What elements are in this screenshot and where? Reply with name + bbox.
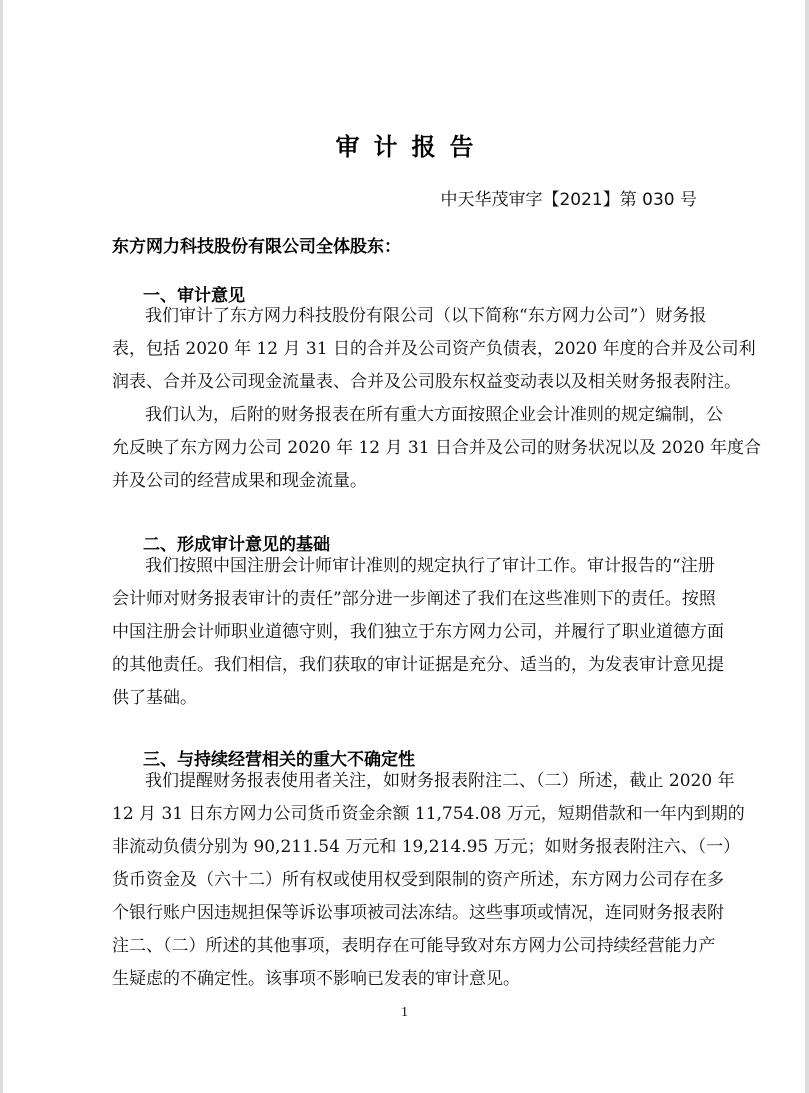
document-number: 中天华茂审字【2021】第 030 号	[440, 185, 697, 210]
text-line: 我们提醒财务报表使用者关注，如财务报表附注二、（二）所述，截止 2020 年	[112, 765, 698, 798]
text-line: 我们按照中国注册会计师审计准则的规定执行了审计工作。审计报告的“注册	[112, 550, 698, 583]
paragraph-going-concern: 我们提醒财务报表使用者关注，如财务报表附注二、（二）所述，截止 2020 年 1…	[112, 765, 698, 996]
text-line: 生疑虑的不确定性。该事项不影响已发表的审计意见。	[112, 963, 698, 996]
text-line: 个银行账户因违规担保等诉讼事项被司法冻结。这些事项或情况，连同财务报表附	[112, 897, 698, 930]
viewer-right-border	[805, 0, 809, 1093]
text-line: 12 月 31 日东方网力公司货币资金余额 11,754.08 万元，短期借款和…	[112, 798, 698, 831]
text-line: 会计师对财务报表审计的责任”部分进一步阐述了我们在这些准则下的责任。按照	[112, 583, 698, 616]
text-line: 非流动负债分别为 90,211.54 万元和 19,214.95 万元；如财务报…	[112, 831, 698, 864]
text-line: 并及公司的经营成果和现金流量。	[112, 465, 698, 498]
text-line: 润表、合并及公司现金流量表、合并及公司股东权益变动表以及相关财务报表附注。	[112, 366, 698, 399]
text-line: 我们认为，后附的财务报表在所有重大方面按照企业会计准则的规定编制，公	[112, 399, 698, 432]
paragraph-audit-opinion-2: 我们认为，后附的财务报表在所有重大方面按照企业会计准则的规定编制，公 允反映了东…	[112, 399, 698, 498]
text-line: 供了基础。	[112, 682, 698, 715]
text-line: 注二、（二）所述的其他事项，表明存在可能导致对东方网力公司持续经营能力产	[112, 930, 698, 963]
text-line: 的其他责任。我们相信，我们获取的审计证据是充分、适当的，为发表审计意见提	[112, 649, 698, 682]
text-line: 中国注册会计师职业道德守则，我们独立于东方网力公司，并履行了职业道德方面	[112, 616, 698, 649]
paragraph-audit-opinion-1: 我们审计了东方网力科技股份有限公司（以下简称“东方网力公司”）财务报 表，包括 …	[112, 300, 698, 399]
text-line: 我们审计了东方网力科技股份有限公司（以下简称“东方网力公司”）财务报	[112, 300, 698, 333]
addressee: 东方网力科技股份有限公司全体股东：	[112, 232, 401, 257]
text-line: 允反映了东方网力公司 2020 年 12 月 31 日合并及公司的财务状况以及 …	[112, 432, 698, 465]
text-line: 表，包括 2020 年 12 月 31 日的合并及公司资产负债表，2020 年度…	[112, 333, 698, 366]
text-line: 货币资金及（六十二）所有权或使用权受到限制的资产所述，东方网力公司存在多	[112, 864, 698, 897]
page-number: 1	[0, 1005, 809, 1021]
page-title: 审计报告	[0, 127, 809, 162]
paragraph-basis: 我们按照中国注册会计师审计准则的规定执行了审计工作。审计报告的“注册 会计师对财…	[112, 550, 698, 715]
